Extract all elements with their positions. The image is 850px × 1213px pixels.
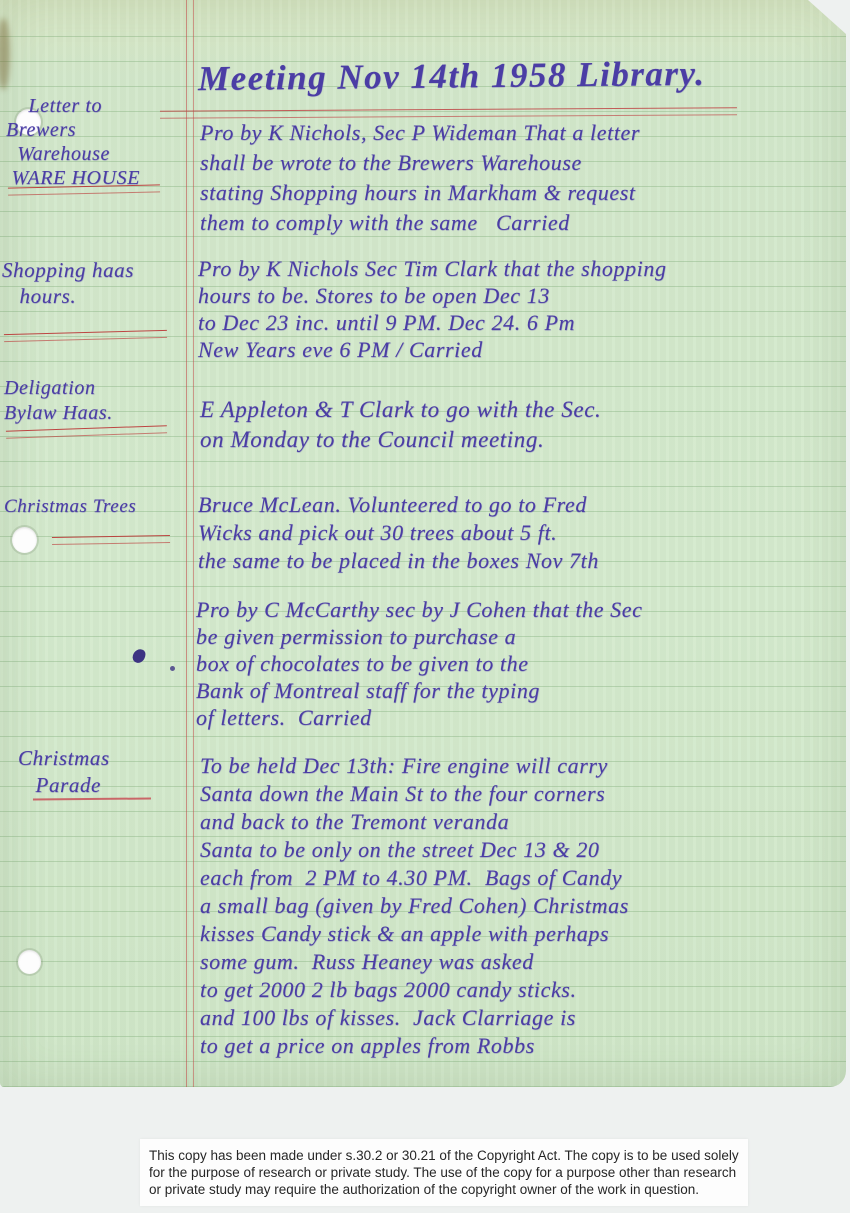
minutes-paragraph-chocolates: Pro by C McCarthy sec by J Cohen that th… (196, 596, 850, 731)
margin-note-christmas-trees: Christmas Trees (4, 495, 189, 519)
copyright-notice-box: This copy has been made under s.30.2 or … (140, 1139, 748, 1206)
page-title: Meeting Nov 14th 1958 Library. (198, 53, 798, 99)
scanned-minutes-page: Meeting Nov 14th 1958 Library. Letter to… (0, 0, 850, 1213)
minutes-paragraph-shopping-hours: Pro by K Nichols Sec Tim Clark that the … (198, 255, 850, 363)
margin-underline-christmas-parade (33, 797, 151, 806)
copyright-notice-text: This copy has been made under s.30.2 or … (149, 1148, 739, 1198)
minutes-paragraph-christmas-parade: To be held Dec 13th: Fire engine will ca… (200, 752, 850, 1060)
minutes-paragraph-christmas-trees: Bruce McLean. Volunteered to go to Fred … (198, 491, 850, 575)
ink-dot (170, 666, 175, 671)
minutes-paragraph-delegation: E Appleton & T Clark to go with the Sec.… (200, 395, 845, 455)
margin-note-delegation-bylaw: Deligation Bylaw Haas. (4, 376, 189, 426)
margin-note-christmas-parade: Christmas Parade (18, 745, 203, 799)
punch-hole-bottom (18, 950, 41, 974)
punch-hole-middle (12, 527, 37, 553)
margin-note-letter-to-brewers: Letter to Brewers Warehouse WARE HOUSE (6, 94, 191, 190)
minutes-paragraph-brewers-letter: Pro by K Nichols, Sec P Wideman That a l… (200, 118, 850, 238)
margin-note-shopping-hours: Shopping haas hours. (2, 257, 187, 309)
